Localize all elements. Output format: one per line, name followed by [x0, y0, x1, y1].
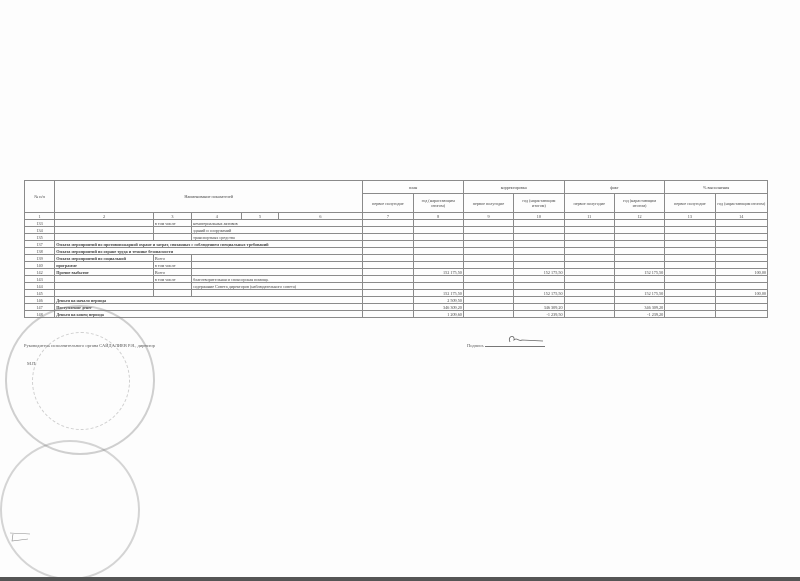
indicator-name: Оплата мероприятий по охране труда и тех… — [55, 248, 363, 255]
indicator-subtype: в том числе — [153, 220, 191, 227]
indicator-name — [55, 290, 154, 297]
value-cell — [715, 297, 767, 304]
value-cell: 1 209,60 — [413, 311, 463, 318]
value-cell — [363, 248, 413, 255]
row-number: 133 — [25, 220, 55, 227]
indicator-name: программе — [55, 262, 154, 269]
row-number: 145 — [25, 290, 55, 297]
column-number: 13 — [665, 213, 715, 220]
column-number: 9 — [463, 213, 513, 220]
column-number: 14 — [715, 213, 767, 220]
group-correction: корректировка — [463, 181, 564, 194]
column-number: 1 — [25, 213, 55, 220]
value-cell — [463, 290, 513, 297]
group-plan: план — [363, 181, 464, 194]
value-cell — [564, 255, 614, 262]
indicator-detail: зданий и сооружений — [192, 227, 363, 234]
value-cell — [564, 241, 614, 248]
scribble-mark — [8, 530, 33, 542]
value-cell — [363, 304, 413, 311]
sub-first-half: первое полугодие — [363, 194, 413, 213]
indicator-name — [55, 276, 154, 283]
value-cell — [715, 234, 767, 241]
value-cell — [564, 262, 614, 269]
value-cell — [564, 220, 614, 227]
value-cell — [363, 227, 413, 234]
value-cell — [715, 220, 767, 227]
column-number: 3 — [153, 213, 191, 220]
value-cell — [614, 283, 664, 290]
value-cell — [715, 255, 767, 262]
value-cell — [665, 269, 715, 276]
value-cell — [614, 297, 664, 304]
value-cell — [715, 262, 767, 269]
value-cell — [665, 304, 715, 311]
table-row: 134зданий и сооружений — [25, 227, 768, 234]
value-cell: 346 309,20 — [413, 304, 463, 311]
column-number: 7 — [363, 213, 413, 220]
value-cell — [463, 227, 513, 234]
table-body: 133в том численематериальных активов134з… — [25, 220, 768, 318]
value-cell — [564, 248, 614, 255]
indicator-name: Оплата мероприятий по противопожарной ох… — [55, 241, 363, 248]
value-cell: 152 175,50 — [413, 269, 463, 276]
value-cell: 152 175,50 — [413, 290, 463, 297]
row-number: 147 — [25, 304, 55, 311]
indicator-name — [55, 220, 154, 227]
row-number: 140 — [25, 262, 55, 269]
indicator-name — [55, 283, 154, 290]
signature-mark — [505, 334, 545, 344]
scan-edge — [0, 577, 800, 581]
value-cell — [363, 241, 413, 248]
signature-label: Подпись — [467, 343, 484, 348]
sub-year: год (нарастающим итогом) — [614, 194, 664, 213]
value-cell: 346 309,20 — [514, 304, 564, 311]
scanned-page: № п/п Наименование показателей план корр… — [0, 0, 800, 581]
report-table: № п/п Наименование показателей план корр… — [24, 180, 768, 318]
indicator-name: Деньги на начало периода — [55, 297, 363, 304]
indicator-detail — [192, 269, 363, 276]
indicator-detail: благотворительная и спонсорская помощь — [192, 276, 363, 283]
table-row: 135транспортных средства — [25, 234, 768, 241]
value-cell — [514, 262, 564, 269]
sub-year: год (нарастающим итогом) — [514, 194, 564, 213]
value-cell — [363, 276, 413, 283]
value-cell — [463, 304, 513, 311]
indicator-detail: нематериальных активов — [192, 220, 363, 227]
value-cell: -1 239,20 — [614, 311, 664, 318]
indicator-subtype — [153, 227, 191, 234]
value-cell — [514, 220, 564, 227]
sub-first-half: первое полугодие — [564, 194, 614, 213]
column-number: 6 — [278, 213, 363, 220]
value-cell — [614, 262, 664, 269]
value-cell — [463, 297, 513, 304]
head-label: Руководитель исполнительного органа — [24, 343, 98, 348]
column-number: 10 — [514, 213, 564, 220]
indicator-detail: транспортных средства — [192, 234, 363, 241]
value-cell — [463, 283, 513, 290]
value-cell — [363, 269, 413, 276]
value-cell — [514, 227, 564, 234]
value-cell — [665, 262, 715, 269]
table-row: 142Прочие выбытиеВсего152 175,50152 175,… — [25, 269, 768, 276]
table-row: 146Деньги на начало периода2 509,50 — [25, 297, 768, 304]
row-number: 134 — [25, 227, 55, 234]
value-cell — [614, 241, 664, 248]
indicator-name — [55, 227, 154, 234]
value-cell — [514, 248, 564, 255]
indicator-header: Наименование показателей — [55, 181, 363, 213]
seal-label: М.П. — [27, 361, 37, 366]
value-cell — [665, 227, 715, 234]
value-cell — [363, 220, 413, 227]
sub-year: год (нарастающим итогом) — [715, 194, 767, 213]
indicator-subtype — [153, 234, 191, 241]
indicator-subtype: в том числе — [153, 276, 191, 283]
value-cell — [363, 283, 413, 290]
value-cell — [463, 241, 513, 248]
sub-first-half: первое полугодие — [463, 194, 513, 213]
value-cell — [614, 276, 664, 283]
value-cell — [715, 304, 767, 311]
row-no-header: № п/п — [25, 181, 55, 213]
table-row: 140программев том числе — [25, 262, 768, 269]
column-number: 2 — [55, 213, 154, 220]
value-cell — [614, 248, 664, 255]
value-cell — [564, 234, 614, 241]
indicator-subtype — [153, 290, 191, 297]
value-cell — [463, 262, 513, 269]
value-cell — [564, 269, 614, 276]
value-cell — [413, 227, 463, 234]
value-cell — [413, 255, 463, 262]
value-cell — [413, 234, 463, 241]
sub-first-half: первое полугодие — [665, 194, 715, 213]
indicator-detail — [192, 255, 363, 262]
value-cell — [665, 220, 715, 227]
value-cell — [665, 255, 715, 262]
value-cell: -1 239,50 — [514, 311, 564, 318]
value-cell — [363, 262, 413, 269]
group-fact: факт — [564, 181, 665, 194]
table-row: 144содержание Совета директоров (наблюда… — [25, 283, 768, 290]
indicator-detail — [192, 290, 363, 297]
row-number: 142 — [25, 269, 55, 276]
column-number: 11 — [564, 213, 614, 220]
value-cell — [564, 311, 614, 318]
head-signature-line: Руководитель исполнительного органа САЙД… — [24, 343, 155, 348]
table-row: 143в том числеблаготворительная и спонсо… — [25, 276, 768, 283]
value-cell — [363, 297, 413, 304]
column-numbers-row: 1234567891011121314 — [25, 213, 768, 220]
indicator-name — [55, 234, 154, 241]
value-cell — [614, 220, 664, 227]
value-cell — [665, 311, 715, 318]
value-cell — [514, 241, 564, 248]
value-cell — [715, 311, 767, 318]
value-cell — [665, 234, 715, 241]
value-cell — [715, 227, 767, 234]
value-cell — [463, 269, 513, 276]
row-number: 139 — [25, 255, 55, 262]
value-cell — [665, 297, 715, 304]
value-cell — [514, 283, 564, 290]
value-cell — [413, 241, 463, 248]
value-cell — [564, 297, 614, 304]
value-cell — [363, 234, 413, 241]
value-cell — [715, 241, 767, 248]
row-number: 138 — [25, 248, 55, 255]
value-cell — [463, 255, 513, 262]
value-cell — [463, 311, 513, 318]
column-number: 12 — [614, 213, 664, 220]
value-cell: 152 175,50 — [614, 269, 664, 276]
value-cell — [665, 276, 715, 283]
value-cell — [564, 227, 614, 234]
sub-year: год (нарастающим итогом) — [413, 194, 463, 213]
indicator-subtype: Всего — [153, 255, 191, 262]
value-cell: 100,00 — [715, 269, 767, 276]
value-cell — [363, 255, 413, 262]
value-cell — [514, 276, 564, 283]
column-number: 4 — [192, 213, 242, 220]
value-cell — [363, 290, 413, 297]
value-cell — [463, 248, 513, 255]
value-cell — [665, 248, 715, 255]
header-row-groups: № п/п Наименование показателей план корр… — [25, 181, 768, 194]
row-number: 144 — [25, 283, 55, 290]
table-row: 137Оплата мероприятий по противопожарной… — [25, 241, 768, 248]
row-number: 137 — [25, 241, 55, 248]
value-cell — [614, 255, 664, 262]
value-cell — [715, 248, 767, 255]
value-cell — [514, 297, 564, 304]
column-number: 8 — [413, 213, 463, 220]
row-number: 143 — [25, 276, 55, 283]
value-cell — [463, 220, 513, 227]
value-cell — [413, 248, 463, 255]
indicator-name: Оплата мероприятий по социальной — [55, 255, 154, 262]
value-cell — [463, 234, 513, 241]
value-cell — [564, 290, 614, 297]
value-cell: 152 175,50 — [614, 290, 664, 297]
indicator-subtype: в том числе — [153, 262, 191, 269]
value-cell — [665, 290, 715, 297]
value-cell — [413, 262, 463, 269]
value-cell — [614, 234, 664, 241]
row-number: 135 — [25, 234, 55, 241]
value-cell — [715, 283, 767, 290]
value-cell — [564, 276, 614, 283]
indicator-name: Прочие выбытие — [55, 269, 154, 276]
table-row: 148Деньги на конец периода1 209,60-1 239… — [25, 311, 768, 318]
indicator-subtype — [153, 283, 191, 290]
value-cell — [665, 241, 715, 248]
table-row: 138Оплата мероприятий по охране труда и … — [25, 248, 768, 255]
value-cell — [665, 283, 715, 290]
value-cell — [564, 304, 614, 311]
indicator-subtype: Всего — [153, 269, 191, 276]
table-row: 133в том численематериальных активов — [25, 220, 768, 227]
table-row: 147Поступление денег346 309,20346 309,20… — [25, 304, 768, 311]
value-cell: 2 509,50 — [413, 297, 463, 304]
value-cell — [514, 234, 564, 241]
value-cell — [413, 276, 463, 283]
value-cell — [715, 276, 767, 283]
indicator-detail — [192, 262, 363, 269]
value-cell: 152 175,50 — [514, 269, 564, 276]
seal-stamp-lower — [0, 440, 140, 580]
value-cell — [514, 255, 564, 262]
value-cell: 100,00 — [715, 290, 767, 297]
value-cell: 152 175,50 — [514, 290, 564, 297]
table-row: 145152 175,50152 175,50152 175,50100,00 — [25, 290, 768, 297]
seal-stamp — [5, 305, 155, 455]
value-cell — [463, 276, 513, 283]
value-cell — [413, 220, 463, 227]
row-number: 146 — [25, 297, 55, 304]
table-row: 139Оплата мероприятий по социальнойВсего — [25, 255, 768, 262]
indicator-detail: содержание Совета директоров (наблюдател… — [192, 283, 363, 290]
value-cell — [413, 283, 463, 290]
value-cell — [614, 227, 664, 234]
value-cell: 346 309,20 — [614, 304, 664, 311]
group-percent: % выполнения — [665, 181, 768, 194]
value-cell — [564, 283, 614, 290]
value-cell — [363, 311, 413, 318]
head-name: САЙДАЛИЕВ Р.Я., директор — [99, 343, 155, 348]
column-number: 5 — [242, 213, 278, 220]
